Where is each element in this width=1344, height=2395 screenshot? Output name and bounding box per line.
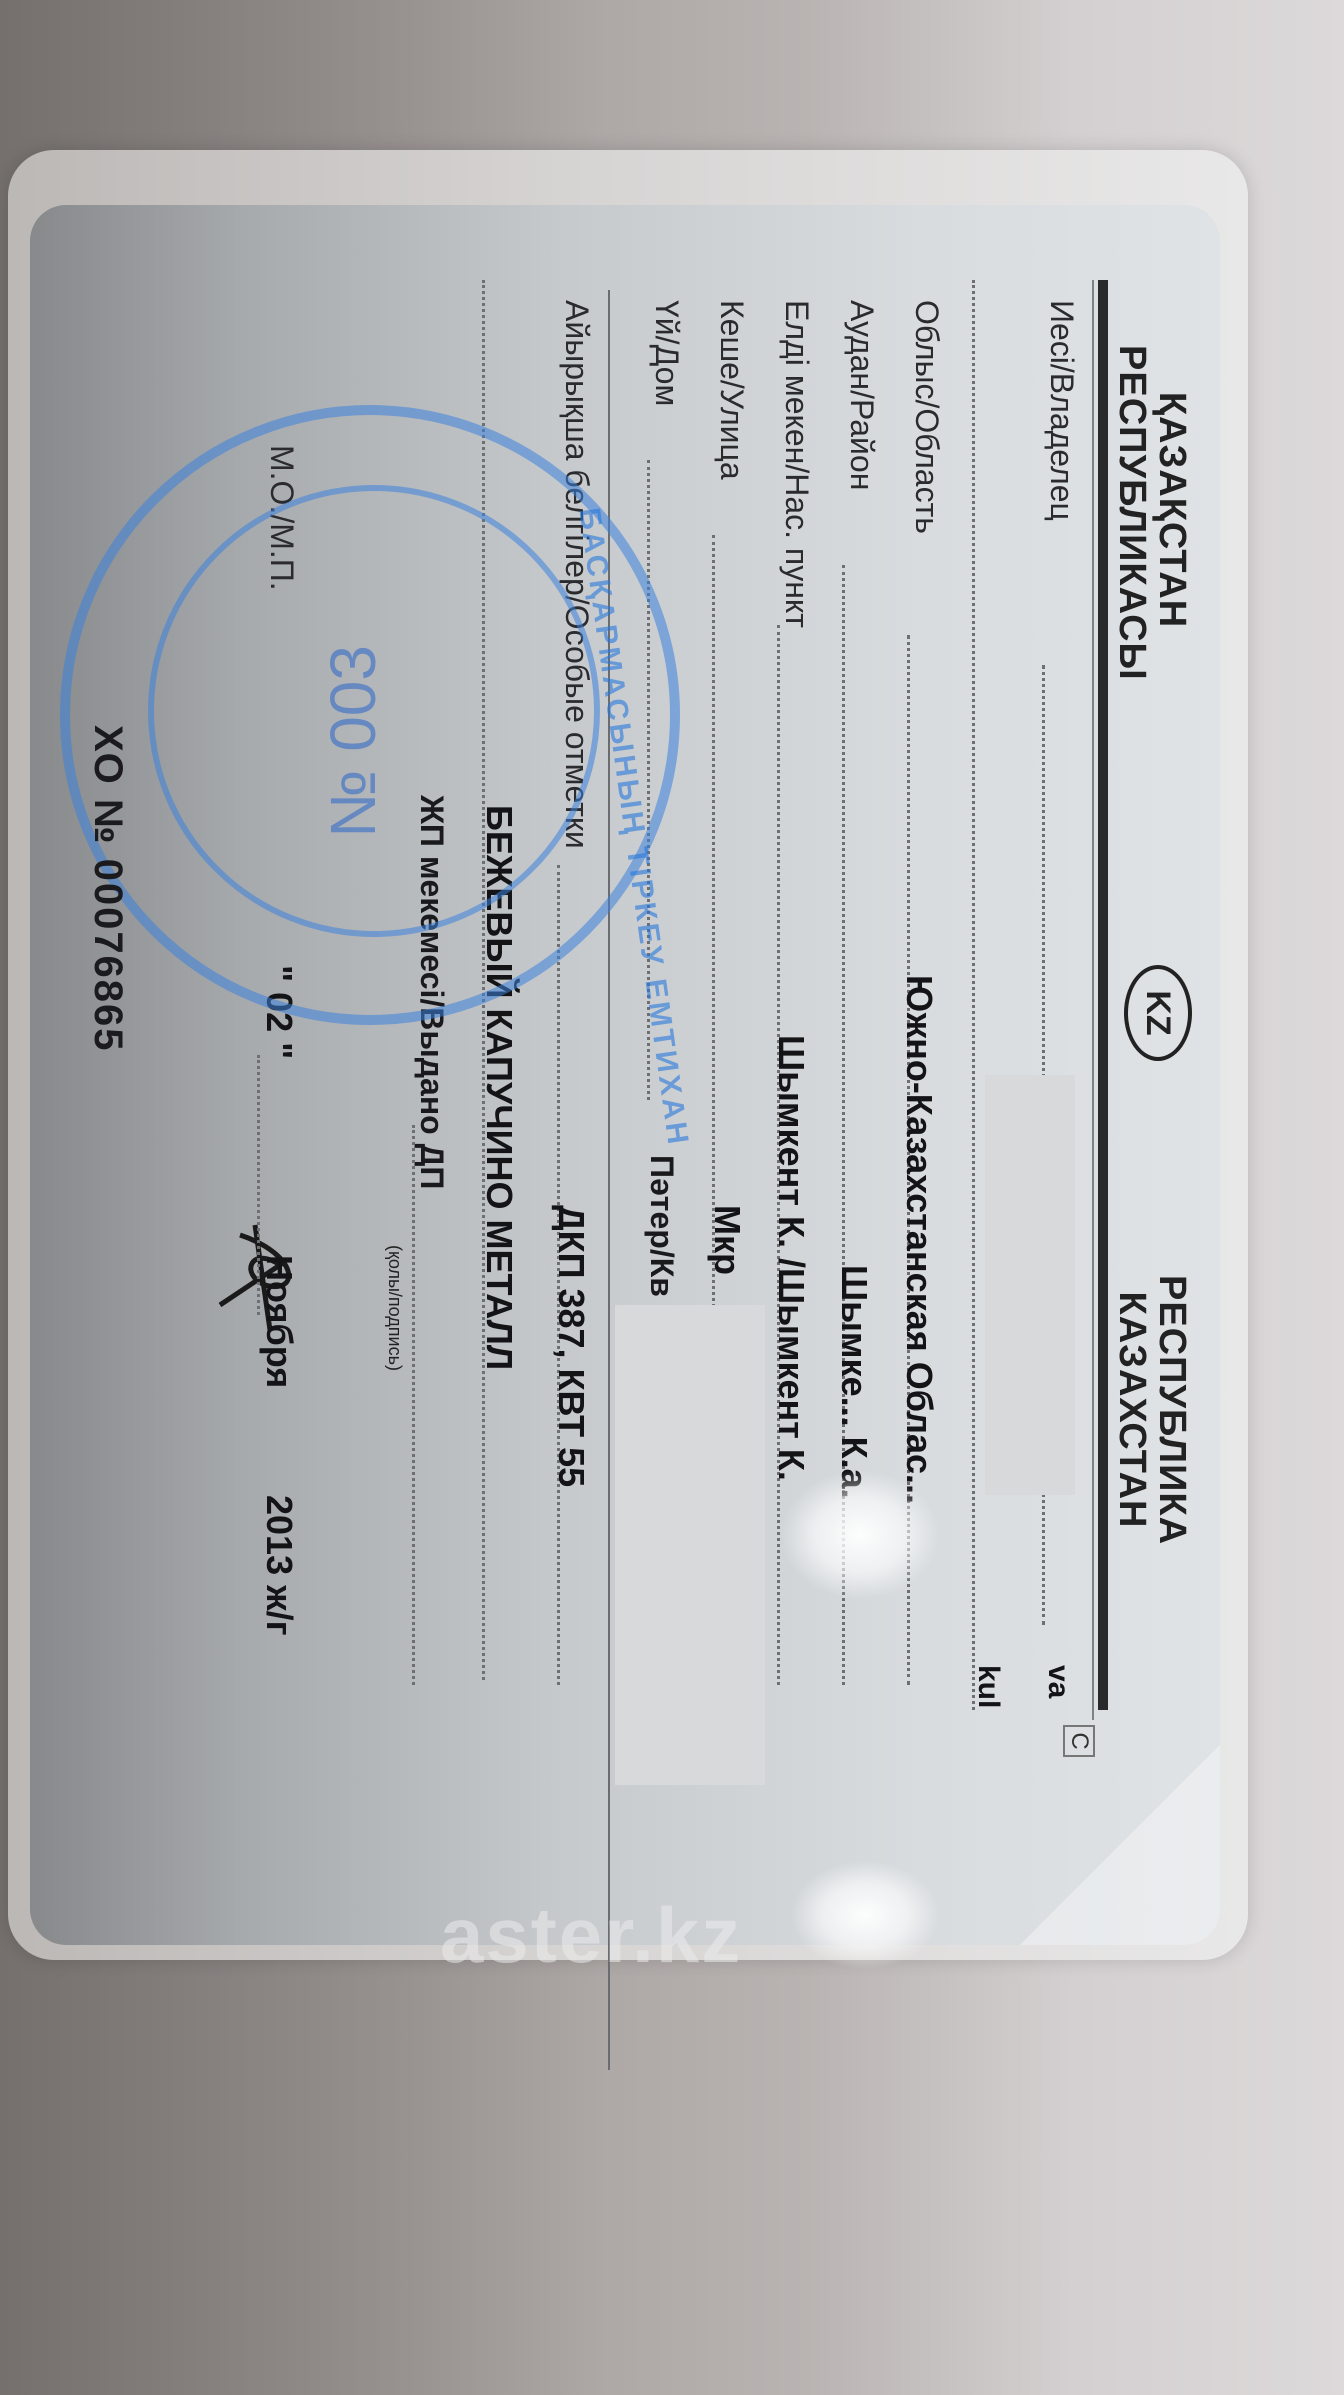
serial-number: ХО № 00076865 (85, 725, 130, 1053)
watermark: aster.kz (440, 1890, 742, 1981)
owner-dots-2 (972, 280, 975, 1710)
owner-value-partial-2: kul (971, 1665, 1005, 1708)
owner-label: Иесі/Владелец (1043, 300, 1080, 521)
region-label: Облыс/Область (908, 300, 945, 534)
official-stamp: БАСҚАРМАСЫНЫҢ ТІРКЕУ ЕМТИХАН № 003 (60, 405, 680, 1025)
apartment-label: Пәтер/Кв (643, 1155, 680, 1297)
issued-by-dots (412, 1125, 415, 1685)
signature-caption: (қолы/подпись) (384, 1245, 405, 1371)
header-rule-thin (1092, 280, 1094, 1720)
house-label: Үй/Дом (648, 300, 685, 406)
street-label: Кеше/Улица (713, 300, 750, 480)
corner-mark: C (1063, 1725, 1095, 1757)
settlement-label: Елді мекен/Нас. пункт (778, 300, 815, 628)
header-kazakh: ҚАЗАҚСТАН РЕСПУБЛИКАСЫ (1112, 345, 1192, 675)
glare-spot (780, 1470, 940, 1600)
stamp-outer-text: БАСҚАРМАСЫНЫҢ ТІРКЕУ ЕМТИХАН (571, 506, 694, 1149)
street-value: Мкр (706, 1205, 748, 1275)
header-rule (1098, 280, 1108, 1710)
owner-redaction (985, 1075, 1075, 1495)
header-kazakh-line1: ҚАЗАҚСТАН (1152, 345, 1192, 675)
header-russian-line2: КАЗАХСТАН (1112, 1245, 1152, 1575)
district-value: Шымке... К.а. (833, 1265, 875, 1499)
settlement-value: Шымкент К. /Шымкент К. (770, 1035, 812, 1481)
document-content: ҚАЗАҚСТАН РЕСПУБЛИКАСЫ KZ РЕСПУБЛИКА КАЗ… (30, 205, 1220, 1945)
issue-year: 2013 ж/г (258, 1495, 300, 1636)
issue-month: Ноября (258, 1255, 300, 1388)
address-redaction (615, 1305, 765, 1785)
region-value: Южно-Казахстанская Облас... (898, 975, 940, 1504)
country-badge: KZ (1124, 965, 1192, 1061)
district-label: Аудан/Район (843, 300, 880, 490)
owner-value-partial: va (1041, 1665, 1075, 1698)
header-kazakh-line2: РЕСПУБЛИКАСЫ (1112, 345, 1152, 675)
header-russian-line1: РЕСПУБЛИКА (1152, 1245, 1192, 1575)
header-russian: РЕСПУБЛИКА КАЗАХСТАН (1112, 1245, 1192, 1575)
stamp-number: № 003 (316, 645, 390, 838)
special-notes-line1: ДКП 387, КВТ 55 (550, 1205, 592, 1487)
glare-spot (790, 1860, 940, 1970)
